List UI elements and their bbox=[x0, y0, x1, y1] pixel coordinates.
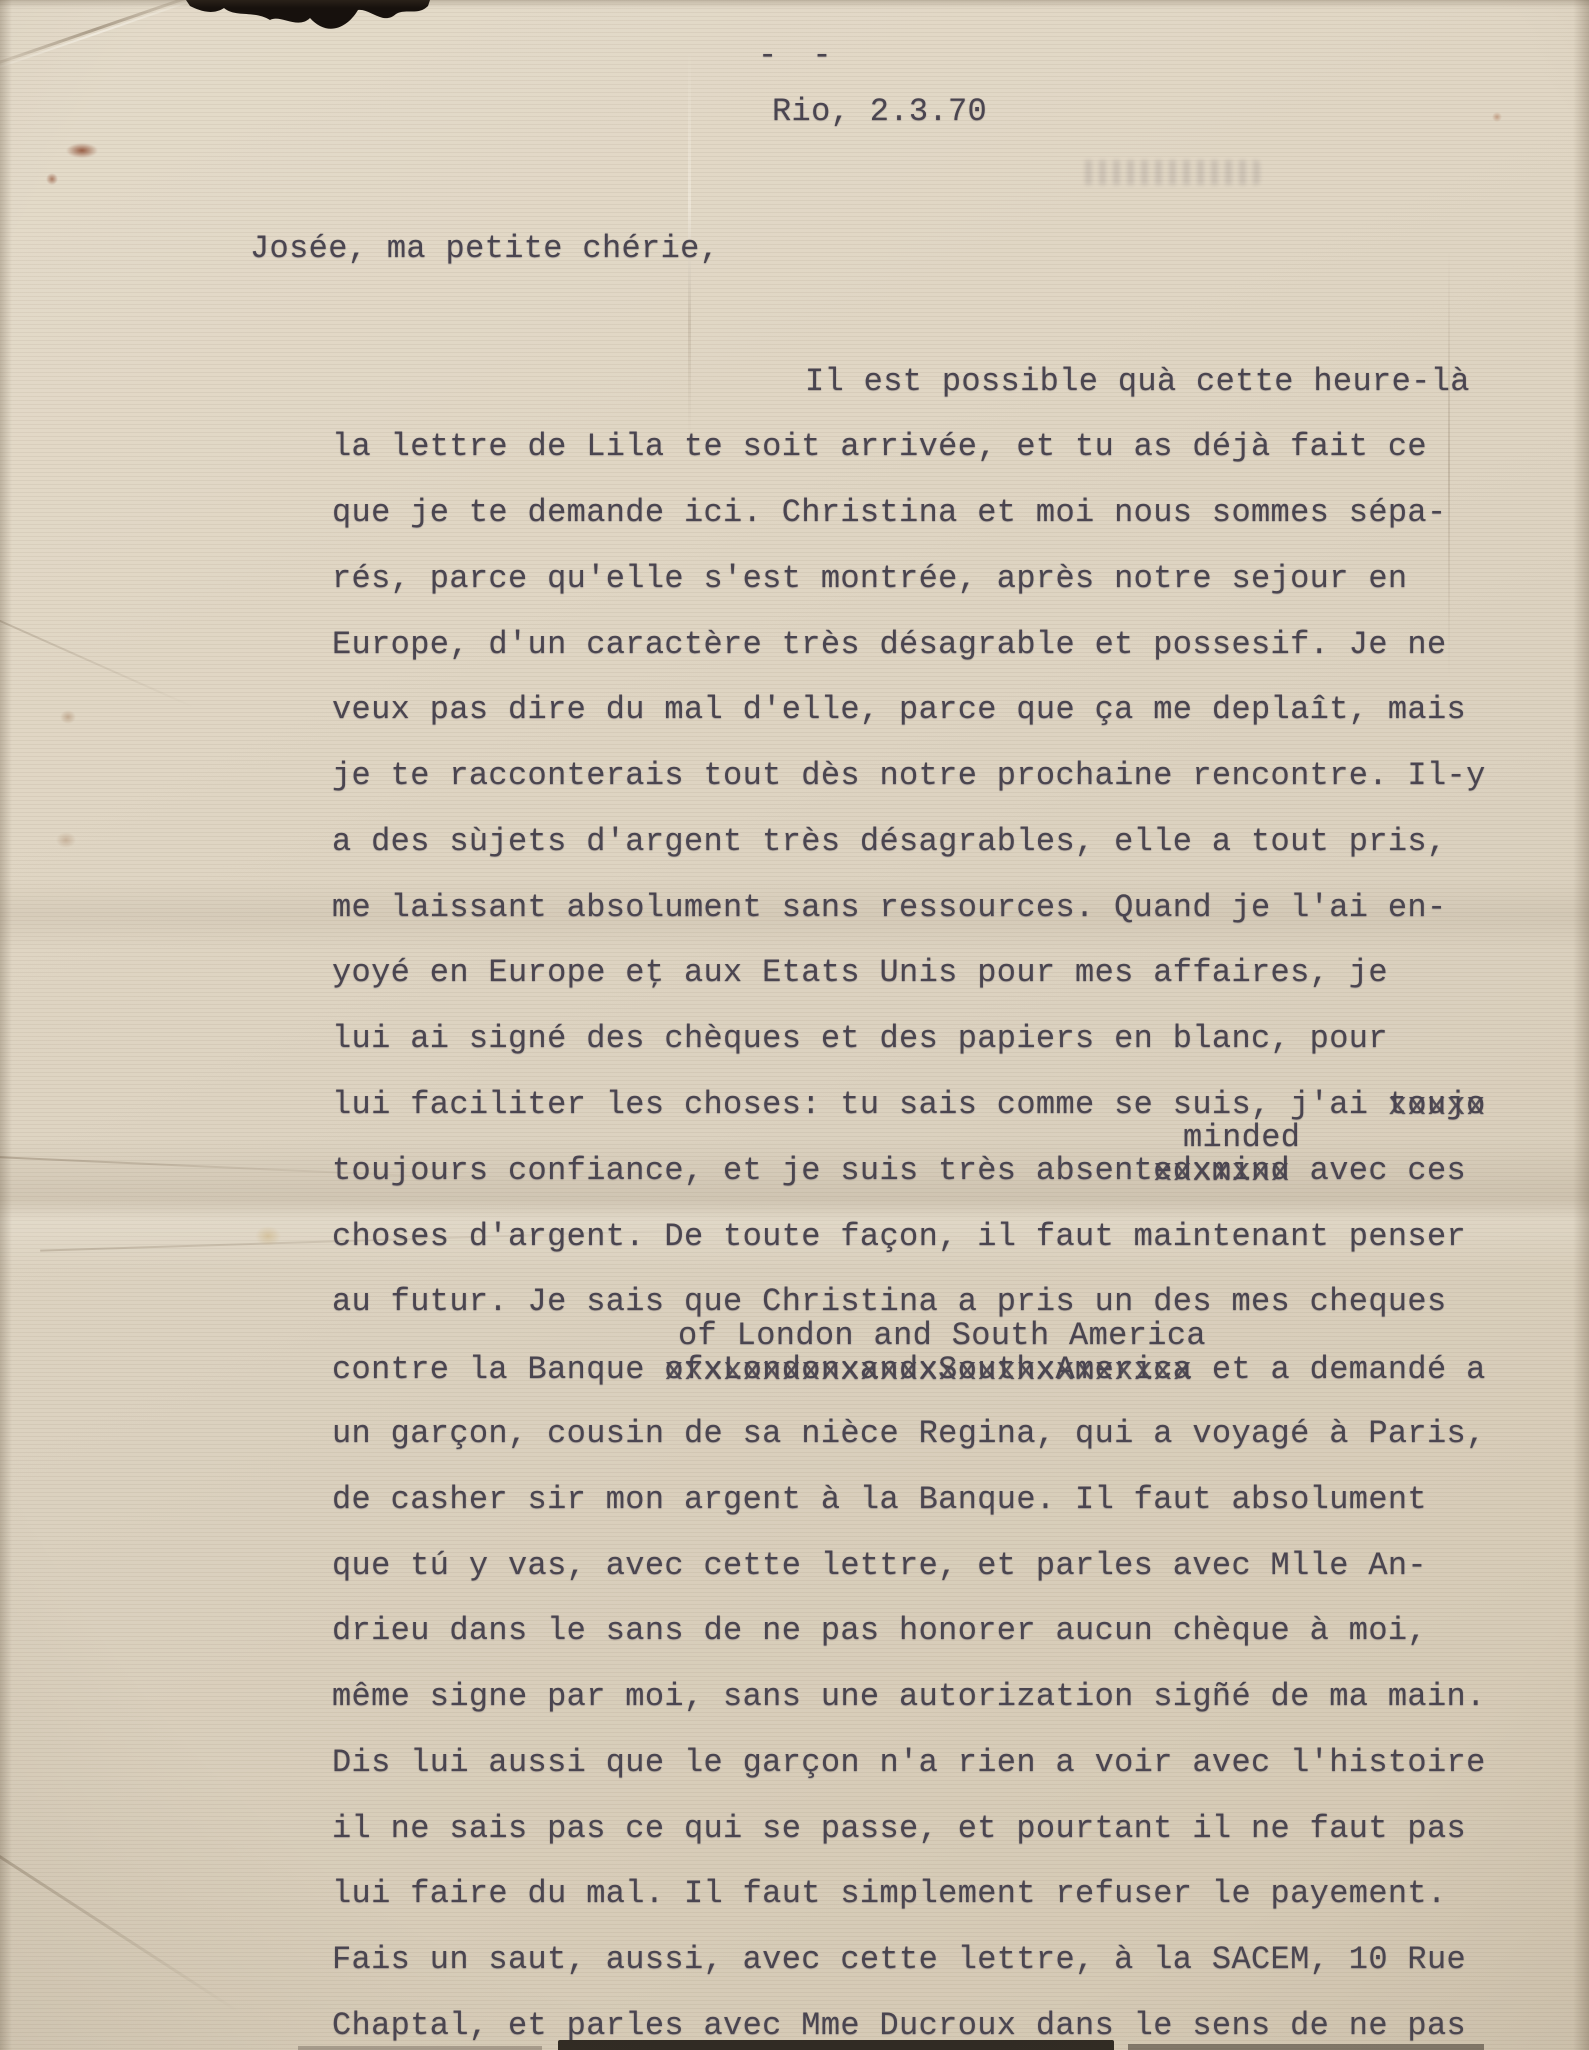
text-segment: même signe par moi, sans une autorizatio… bbox=[332, 1678, 1486, 1715]
text-segment: Fais un saut, aussi, avec cette lettre, … bbox=[332, 1941, 1466, 1978]
letter-line: Chaptal, et parles avec Mme Ducroux dans… bbox=[332, 2010, 1466, 2042]
text-segment: la lettre de Lila te soit arrivée, et tu… bbox=[332, 428, 1427, 465]
text-segment: yoyé en Europe eţ aux Etats Unis pour me… bbox=[332, 954, 1388, 991]
letter-line: choses d'argent. De toute façon, il faut… bbox=[332, 1221, 1466, 1253]
struck-text: edxmindxxxxxxx bbox=[1153, 1155, 1290, 1187]
text-segment: a des sùjets d'argent très désagrables, … bbox=[332, 823, 1447, 860]
interline-correction: minded bbox=[1183, 1122, 1300, 1154]
text-segment: Europe, d'un caractère très désagrable e… bbox=[332, 626, 1447, 663]
letter-line: même signe par moi, sans une autorizatio… bbox=[332, 1681, 1486, 1713]
text-segment: veux pas dire du mal d'elle, parce que ç… bbox=[332, 691, 1466, 728]
text-segment: Il est possible quà cette heure-là bbox=[805, 363, 1470, 400]
salutation: Josée, ma petite chérie, bbox=[250, 233, 719, 265]
text-segment: avec ces bbox=[1290, 1152, 1466, 1189]
text-segment: au futur. Je sais que Christina a pris u… bbox=[332, 1283, 1447, 1320]
text-segment: of London and South America bbox=[678, 1317, 1206, 1354]
text-segment: et a demandé a bbox=[1192, 1351, 1485, 1388]
letter-line: toujours confiance, et je suis très abse… bbox=[332, 1155, 1466, 1187]
letter-line: que je te demande ici. Christina et moi … bbox=[332, 497, 1447, 529]
strikeout-overlay: xxxxxxx bbox=[1153, 1156, 1290, 1188]
paper-edge bbox=[0, 0, 12, 2050]
letter-line: de casher sir mon argent à la Banque. Il… bbox=[332, 1484, 1427, 1516]
strikeout-overlay: xxxxxxxxxxxxxxxxxxxxxxxxxxx bbox=[664, 1355, 1192, 1387]
text-segment: toujours confiance, et je suis très abse… bbox=[332, 1152, 1153, 1189]
letter-line: contre la Banque ofxLondonxandxSouthxAme… bbox=[332, 1354, 1486, 1386]
text-segment: me laissant absolument sans ressources. … bbox=[332, 889, 1447, 926]
letter-line: il ne sais pas ce qui se passe, et pourt… bbox=[332, 1813, 1466, 1845]
struck-text: ofxLondonxandxSouthxAmericaxxxxxxxxxxxxx… bbox=[664, 1354, 1192, 1386]
letter-line: Dis lui aussi que le garçon n'a rien a v… bbox=[332, 1747, 1486, 1779]
text-segment: drieu dans le sans de ne pas honorer auc… bbox=[332, 1612, 1427, 1649]
letter-line: lui faciliter les choses: tu sais comme … bbox=[332, 1089, 1486, 1121]
dateline: Rio, 2.3.70 bbox=[772, 96, 987, 128]
text-segment: que tú y vas, avec cette lettre, et parl… bbox=[332, 1547, 1427, 1584]
letter-line: rés, parce qu'elle s'est montrée, après … bbox=[332, 563, 1407, 595]
separator-dashes: - - bbox=[758, 40, 840, 72]
letter-line: un garçon, cousin de sa nièce Regina, qu… bbox=[332, 1418, 1486, 1450]
paper-edge bbox=[1573, 0, 1589, 2050]
letter-line: la lettre de Lila te soit arrivée, et tu… bbox=[332, 431, 1427, 463]
letter-line: je te racconterais tout dès notre procha… bbox=[332, 760, 1486, 792]
text-segment: un garçon, cousin de sa nièce Regina, qu… bbox=[332, 1415, 1486, 1452]
letter-line: au futur. Je sais que Christina a pris u… bbox=[332, 1286, 1447, 1318]
text-segment: il ne sais pas ce qui se passe, et pourt… bbox=[332, 1810, 1466, 1847]
text-segment: lui faire du mal. Il faut simplement ref… bbox=[332, 1875, 1447, 1912]
text-segment: Dis lui aussi que le garçon n'a rien a v… bbox=[332, 1744, 1486, 1781]
struck-text: toujoxxxxx bbox=[1388, 1089, 1486, 1121]
text-segment: lui faciliter les choses: tu sais comme … bbox=[332, 1086, 1388, 1123]
letter-line: me laissant absolument sans ressources. … bbox=[332, 892, 1447, 924]
text-segment: lui ai signé des chèques et des papiers … bbox=[332, 1020, 1388, 1057]
text-segment: de casher sir mon argent à la Banque. Il… bbox=[332, 1481, 1427, 1518]
scanned-letter: - - Rio, 2.3.70 Josée, ma petite chérie,… bbox=[0, 0, 1589, 2050]
letter-line: veux pas dire du mal d'elle, parce que ç… bbox=[332, 694, 1466, 726]
letter-line: Il est possible quà cette heure-là bbox=[805, 366, 1470, 398]
text-segment: choses d'argent. De toute façon, il faut… bbox=[332, 1218, 1466, 1255]
letter-line: Fais un saut, aussi, avec cette lettre, … bbox=[332, 1944, 1466, 1976]
letter-line: lui faire du mal. Il faut simplement ref… bbox=[332, 1878, 1447, 1910]
letter-line: a des sùjets d'argent très désagrables, … bbox=[332, 826, 1447, 858]
text-segment: contre la Banque bbox=[332, 1351, 664, 1388]
letter-line: Europe, d'un caractère très désagrable e… bbox=[332, 629, 1447, 661]
letter-line: que tú y vas, avec cette lettre, et parl… bbox=[332, 1550, 1427, 1582]
ink-bleed-smudge bbox=[1082, 160, 1260, 185]
text-segment: rés, parce qu'elle s'est montrée, après … bbox=[332, 560, 1407, 597]
interline-correction: of London and South America bbox=[678, 1320, 1206, 1352]
letter-line: lui ai signé des chèques et des papiers … bbox=[332, 1023, 1388, 1055]
text-segment: Chaptal, et parles avec Mme Ducroux dans… bbox=[332, 2007, 1466, 2044]
letter-line: yoyé en Europe eţ aux Etats Unis pour me… bbox=[332, 957, 1388, 989]
text-segment: minded bbox=[1183, 1119, 1300, 1156]
paper-edge bbox=[0, 0, 1589, 8]
text-segment: je te racconterais tout dès notre procha… bbox=[332, 757, 1486, 794]
strikeout-overlay: xxxxx bbox=[1388, 1090, 1486, 1122]
letter-line: drieu dans le sans de ne pas honorer auc… bbox=[332, 1615, 1427, 1647]
text-segment: que je te demande ici. Christina et moi … bbox=[332, 494, 1447, 531]
